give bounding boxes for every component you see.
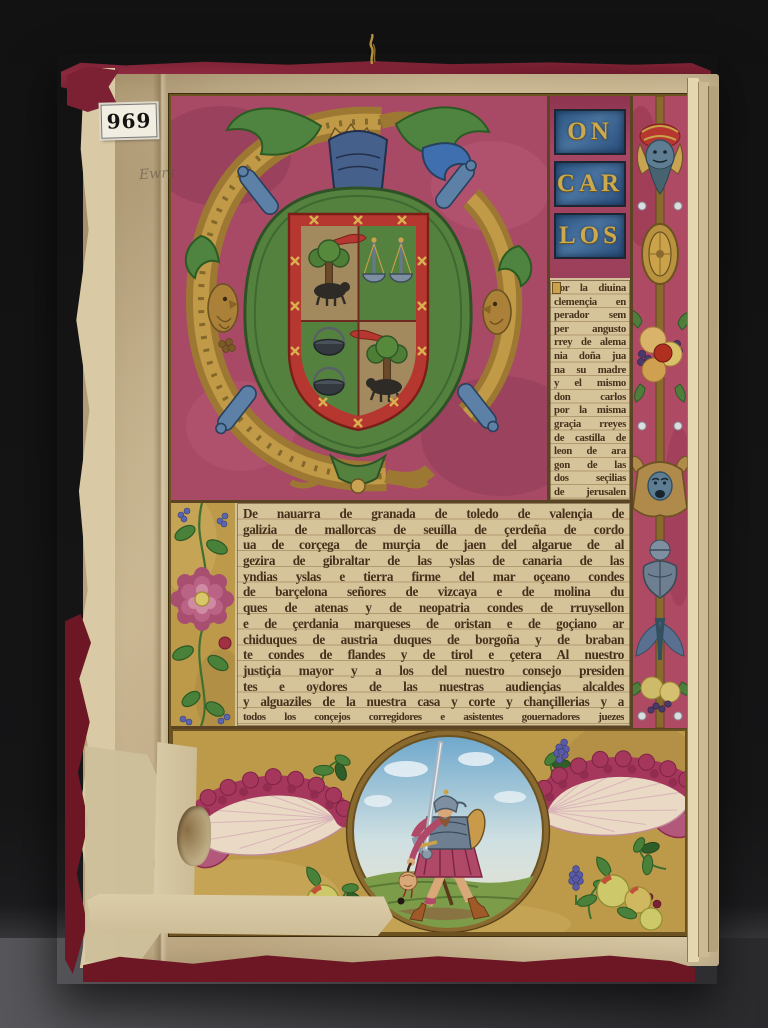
text-line: dos seçilias — [554, 472, 626, 486]
text-line: gon de las — [554, 459, 626, 473]
text-line: nia doña jua — [554, 350, 626, 364]
rose-border-panel — [171, 503, 235, 726]
text-line: y alguaziles de la nuestra casa y corte … — [243, 694, 624, 710]
text-line: De nauarra de granada de toledo de valen… — [243, 506, 624, 522]
illuminated-frontispiece: ONCARLOS por la diuinaclemençia enperado… — [169, 94, 689, 936]
text-line: leon de ara — [554, 445, 626, 459]
name-letter-block: LOS — [554, 213, 626, 259]
repair-tape-horizontal — [87, 894, 393, 936]
manuscript-photo: ONCARLOS por la diuinaclemençia enperado… — [0, 0, 768, 1028]
text-line: por la diuina — [554, 282, 626, 296]
text-line: clemençia en — [554, 296, 626, 310]
text-line: perador sem — [554, 309, 626, 323]
text-line: na su madre — [554, 364, 626, 378]
text-line: don carlos — [554, 391, 626, 405]
text-line: de castilla de — [554, 432, 626, 446]
name-letter-block: ON — [554, 109, 626, 155]
name-letter-block: CAR — [554, 161, 626, 207]
text-line: galizia de mallorcas de seuilla de çerde… — [243, 522, 624, 538]
text-line: rrey de alema — [554, 336, 626, 350]
binding-tassel-icon — [361, 34, 383, 64]
page-block-fore-edge — [687, 78, 717, 962]
tear-hole — [177, 806, 211, 866]
text-line: graçia rreyes — [554, 418, 626, 432]
text-line: e de çerdania marqueses de oristan e de … — [243, 616, 624, 632]
page-edge — [708, 86, 718, 952]
pilcrow-mark — [552, 282, 561, 294]
grotesque-face-right — [482, 290, 511, 334]
catalog-number-sticker: 969 — [101, 103, 158, 138]
text-line: gezira de gibraltar de las yslas de cana… — [243, 553, 624, 569]
text-line: justiçia mayor y a los del nuestro conse… — [243, 663, 624, 679]
hooded-mask-icon — [633, 456, 687, 516]
bound-manuscript: ONCARLOS por la diuinaclemençia enperado… — [57, 54, 717, 984]
text-line: te condes de flandes y de tirol e çetera… — [243, 647, 624, 663]
oval-shield-icon — [642, 224, 678, 284]
initial-d-coat-of-arms — [171, 96, 547, 500]
text-line: tes e oydores de las nuestras audiençias… — [243, 679, 624, 695]
text-line: de jerusalen — [554, 486, 626, 500]
royal-titles-block: De nauarra de granada de toledo de valen… — [237, 503, 630, 726]
pencil-inscription: Ewrs — [138, 165, 175, 183]
text-line: ua de corçega de murçia de jaen del alga… — [243, 537, 624, 553]
text-line: y el mismo — [554, 377, 626, 391]
text-line: de barçelona señores de vizcaya e de mol… — [243, 584, 624, 600]
trophy-border — [633, 96, 687, 728]
name-letter-blocks: ONCARLOS — [550, 109, 630, 265]
text-line: todos los conçejos corregidores e asiste… — [243, 710, 624, 726]
rose-icon — [171, 567, 234, 631]
text-line: yndias yslas e tierra firme del mar oçea… — [243, 569, 624, 585]
text-line: por la misma — [554, 404, 626, 418]
text-line: ques de atenas y de neopatria condes de … — [243, 600, 624, 616]
text-line: per angusto — [554, 323, 626, 337]
text-line: chiduques de austria duques de borgoña y… — [243, 632, 624, 648]
royal-style-column: por la diuinaclemençia enperador semper … — [550, 280, 630, 500]
